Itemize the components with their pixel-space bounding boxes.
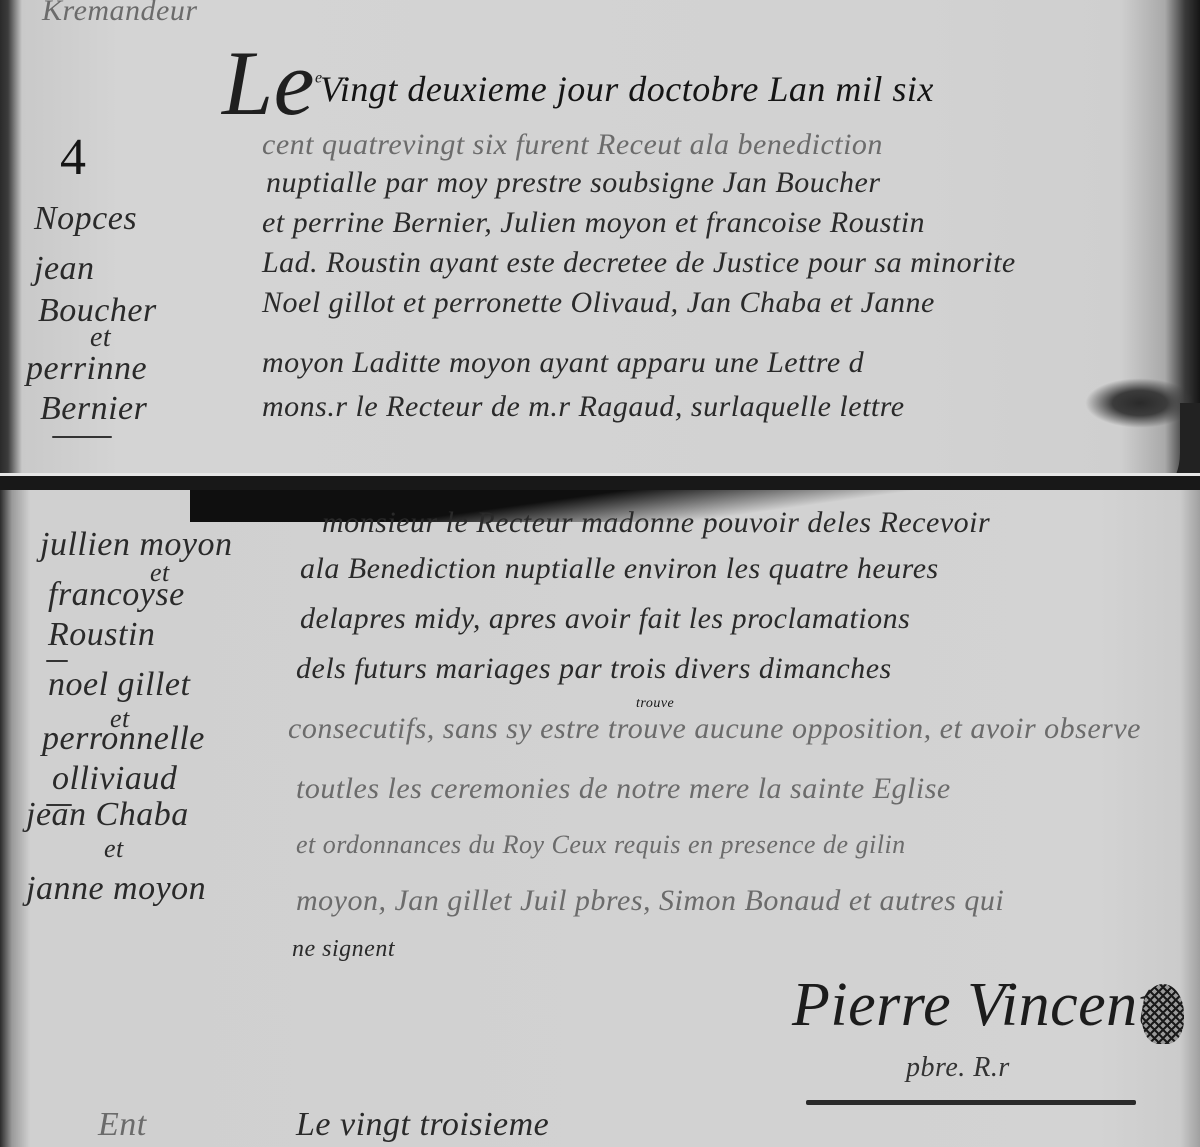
text-line-3: delapres midy, apres avoir fait les proc… [300, 602, 910, 636]
text-line-8: mons.r le Recteur de m.r Ragaud, surlaqu… [262, 390, 905, 424]
margin-underline [52, 436, 112, 438]
next-entry-margin: Ent [98, 1106, 147, 1144]
margin-witness-2-first: perronnelle [42, 720, 205, 758]
opening-initial-text: Le [222, 32, 315, 134]
text-line-8: moyon, Jan gillet Juil pbres, Simon Bona… [296, 884, 1004, 918]
margin-witness-2-last: olliviaud [52, 760, 177, 798]
margin-witness-4: janne moyon [26, 870, 206, 908]
signature-flourish [1142, 984, 1184, 1044]
margin-name-bride-first: francoyse [48, 576, 185, 614]
margin-name-bride-last: Roustin [48, 616, 155, 654]
signature-title: pbre. R.r [906, 1052, 1010, 1084]
margin-name-groom-first: jean [34, 250, 95, 288]
margin-witness-1: noel gillet [48, 666, 190, 704]
margin-name-groom: jullien moyon [40, 526, 233, 564]
text-line-9: ne signent [292, 936, 395, 963]
register-scan-bottom: jullien moyon et francoyse Roustin noel … [0, 476, 1200, 1147]
opening-initial: Lee [222, 30, 323, 136]
text-line-2: ala Benediction nuptialle environ les qu… [300, 552, 939, 586]
register-scan-top: Kremandeur Lee 4 Nopces jean Boucher et … [0, 0, 1200, 473]
text-line-1: monsieur le Recteur madonne pouvoir dele… [322, 506, 990, 540]
text-line-1: Vingt deuxieme jour doctobre Lan mil six [320, 68, 934, 110]
interlinear-insertion: trouve [636, 696, 674, 712]
text-line-7: moyon Laditte moyon ayant apparu une Let… [262, 346, 864, 380]
text-line-7: et ordonnances du Roy Ceux requis en pre… [296, 830, 906, 860]
priest-signature: Pierre Vincent [792, 970, 1155, 1041]
text-line-4: et perrine Bernier, Julien moyon et fran… [262, 206, 925, 240]
signature-underline [806, 1100, 1136, 1105]
header-note: Kremandeur [42, 0, 198, 28]
margin-underline-1 [46, 660, 68, 662]
text-line-5: consecutifs, sans sy estre trouve aucune… [288, 712, 1141, 746]
ink-smudge [1085, 378, 1195, 428]
next-entry-start: Le vingt troisieme [296, 1106, 549, 1144]
text-line-3: nuptialle par moy prestre soubsigne Jan … [266, 166, 881, 200]
margin-name-bride-last: Bernier [40, 390, 147, 428]
text-line-5: Lad. Roustin ayant este decretee de Just… [262, 246, 1016, 280]
text-line-2: cent quatrevingt six furent Receut ala b… [262, 128, 883, 162]
margin-conjunction-3: et [104, 834, 124, 864]
margin-label: Nopces [34, 200, 137, 238]
margin-witness-3: jean Chaba [26, 796, 189, 834]
entry-number: 4 [60, 128, 87, 187]
margin-name-bride-first: perrinne [26, 350, 147, 388]
text-line-6: Noel gillot et perronette Olivaud, Jan C… [262, 286, 935, 320]
text-line-6: toutles les ceremonies de notre mere la … [296, 772, 951, 806]
text-line-4: dels futurs mariages par trois divers di… [296, 652, 892, 686]
